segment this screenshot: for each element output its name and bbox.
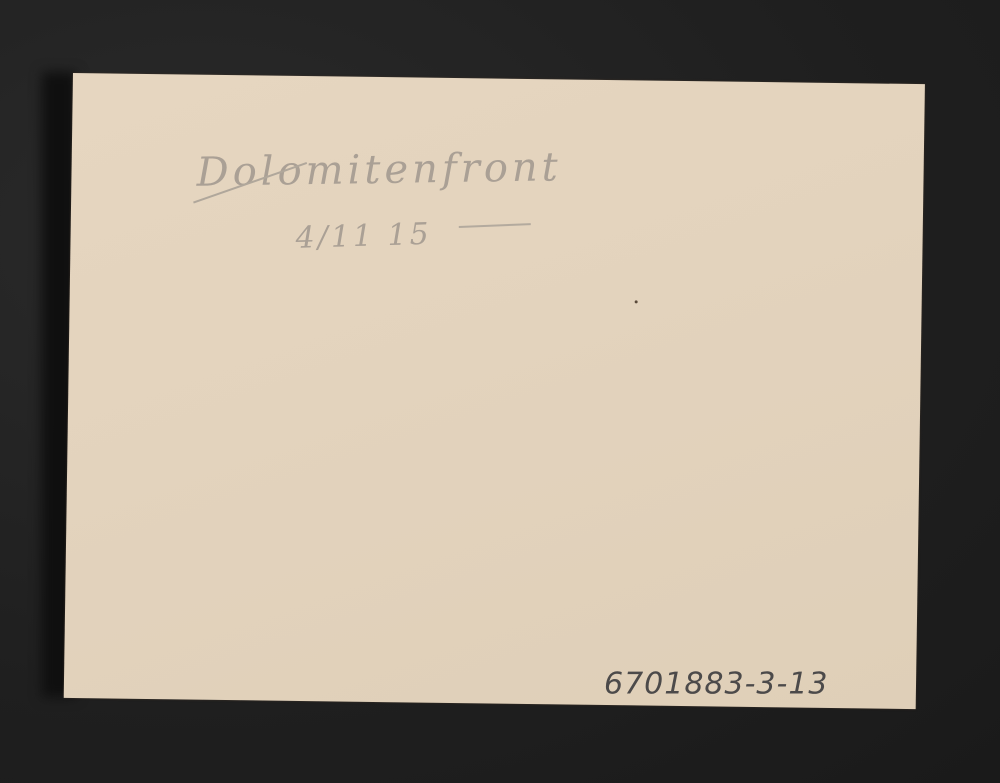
paper-speck <box>635 300 638 303</box>
archive-number: 6701883-3-13 <box>604 666 829 701</box>
pencil-dash <box>459 223 531 228</box>
handwritten-date: 4/11 15 <box>295 217 432 256</box>
handwritten-name: Dolomitenfront <box>196 144 562 195</box>
archival-card: Dolomitenfront 4/11 15 6701883-3-13 <box>64 73 925 709</box>
photo-scene: Dolomitenfront 4/11 15 6701883-3-13 <box>0 0 1000 783</box>
